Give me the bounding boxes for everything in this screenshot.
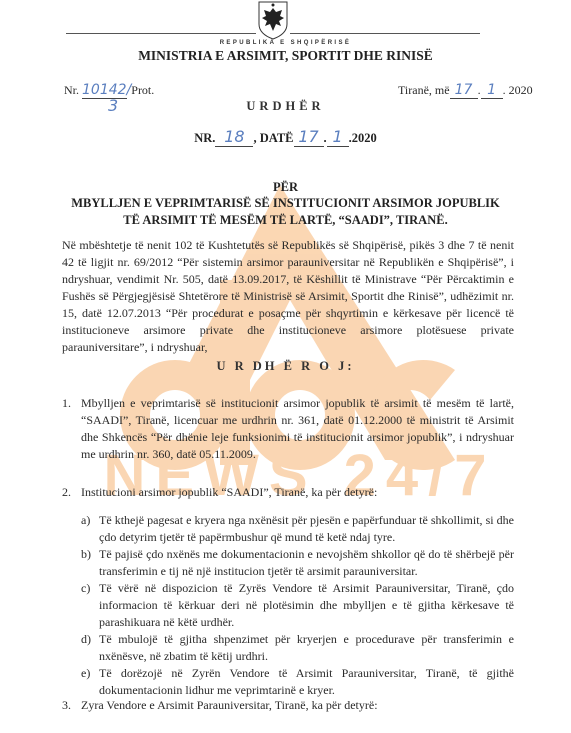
place-label: Tiranë, më: [398, 83, 450, 97]
subject-title: MBYLLJEN E VEPRIMTARISË SË INSTITUCIONIT…: [0, 195, 571, 229]
protocol-date: Tiranë, më17.1. 2020: [398, 82, 533, 99]
order-day-handwritten: 17: [294, 127, 324, 147]
albanian-eagle-emblem-icon: [256, 0, 290, 40]
order-item: 2. Institucioni arsimor jopublik “SAADI”…: [62, 484, 514, 501]
subject-line-1: MBYLLJEN E VEPRIMTARISË SË INSTITUCIONIT…: [0, 195, 571, 212]
protocol-prot-label: Prot.: [131, 83, 154, 97]
header-rule-right: [290, 33, 480, 34]
order-nr-label: NR.: [194, 131, 215, 145]
sub-item-text: Të vërë në dispozicion të Zyrës Vendore …: [99, 580, 514, 631]
orders-heading: U R DH Ë R O J:: [0, 359, 571, 374]
item-number: 1.: [62, 395, 71, 412]
sub-item-letter: d): [81, 631, 91, 648]
sub-item-text: Të dorëzojë në Zyrën Vendore të Arsimit …: [99, 665, 514, 699]
month-handwritten: 1: [481, 82, 503, 99]
subject-per: PËR: [0, 180, 571, 195]
sub-item-text: Të mbulojë të gjitha shpenzimet për krye…: [99, 631, 514, 665]
order-nr-handwritten: 18: [215, 127, 253, 147]
subject-line-2: TË ARSIMIT TË MESËM TË LARTË, “SAADI”, T…: [0, 212, 571, 229]
day-handwritten: 17: [450, 82, 478, 99]
ministry-name: MINISTRIA E ARSIMIT, SPORTIT DHE RINISË: [0, 48, 571, 64]
document-type-title: URDHËR: [0, 99, 571, 114]
item-number: 3.: [62, 697, 71, 714]
sub-item-letter: c): [81, 580, 90, 597]
sub-item: b) Të pajisë çdo nxënës me dokumentacion…: [81, 546, 514, 580]
protocol-nr-label: Nr.: [64, 83, 79, 97]
order-month-handwritten: 1: [327, 127, 349, 147]
sub-item-text: Të kthejë pagesat e kryera nga nxënësit …: [99, 512, 514, 546]
sub-item-text: Të pajisë çdo nxënës me dokumentacionin …: [99, 546, 514, 580]
sub-item-letter: a): [81, 512, 90, 529]
order-item: 1. Mbylljen e veprimtarisë së institucio…: [62, 395, 514, 463]
protocol-nr-handwritten: 10142: [82, 82, 127, 99]
item-number: 2.: [62, 484, 71, 501]
document-page: NEWS 24/7 REPUBLIKA E SHQIPËRISË MINISTR…: [0, 0, 571, 733]
order-year-label: .2020: [349, 131, 377, 145]
sub-item: a) Të kthejë pagesat e kryera nga nxënës…: [81, 512, 514, 546]
sub-item: e) Të dorëzojë në Zyrën Vendore të Arsim…: [81, 665, 514, 699]
sub-item: c) Të vërë në dispozicion të Zyrës Vendo…: [81, 580, 514, 631]
sub-item-letter: b): [81, 546, 91, 563]
item-text: Institucioni arsimor jopublik “SAADI”, T…: [81, 484, 514, 501]
item-text: Mbylljen e veprimtarisë së institucionit…: [81, 395, 514, 463]
item-text: Zyra Vendore e Arsimit Parauniversitar, …: [81, 697, 514, 714]
sub-item-list: a) Të kthejë pagesat e kryera nga nxënës…: [81, 512, 514, 699]
republic-label: REPUBLIKA E SHQIPËRISË: [0, 40, 571, 46]
year-label: . 2020: [503, 83, 533, 97]
sub-item: d) Të mbulojë të gjitha shpenzimet për k…: [81, 631, 514, 665]
sub-item-letter: e): [81, 665, 90, 682]
preamble-paragraph: Në mbështetje të nenit 102 të Kushtetutë…: [62, 237, 514, 356]
order-date-label: , DATË: [253, 131, 293, 145]
header-rule-left: [66, 33, 256, 34]
order-number: NR.18, DATË17.1.2020: [0, 127, 571, 147]
order-item: 3. Zyra Vendore e Arsimit Parauniversita…: [62, 697, 514, 714]
